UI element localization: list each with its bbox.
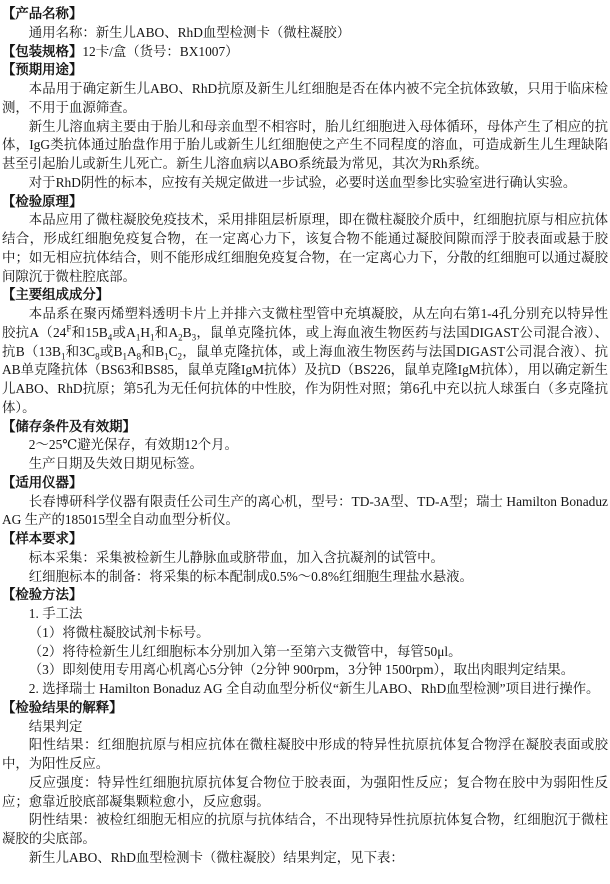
paragraph: （1）将微柱凝胶试剂卡标号。 [2, 624, 608, 643]
paragraph: 新生儿溶血病主要由于胎儿和母亲血型不相容时，胎儿红细胞进入母体循环，母体产生了相… [2, 118, 608, 174]
section-label: 【主要组成成分】 [2, 287, 109, 302]
document-sections: 【产品名称】通用名称：新生儿ABO、RhD血型检测卡（微柱凝胶）【包装规格】12… [2, 5, 608, 868]
section-header-result-interpretation: 【检验结果的解释】 [2, 699, 608, 718]
section-product-name: 【产品名称】通用名称：新生儿ABO、RhD血型检测卡（微柱凝胶） [2, 5, 608, 43]
package-insert-document: 【产品名称】通用名称：新生儿ABO、RhD血型检测卡（微柱凝胶）【包装规格】12… [0, 0, 610, 872]
section-label: 【样本要求】 [2, 531, 82, 546]
paragraph: 结果判定 [2, 718, 608, 737]
section-header-storage-validity: 【储存条件及有效期】 [2, 418, 608, 437]
paragraph: （3）即刻使用专用离心机离心5分钟（2分钟 900rpm，3分钟 1500rpm… [2, 661, 608, 680]
section-main-components: 【主要组成成分】本品系在聚丙烯塑料透明卡片上并排六支微柱型管中充填凝胶，从左向右… [2, 286, 608, 417]
section-header-product-name: 【产品名称】 [2, 5, 608, 24]
paragraph: 对于RhD阴性的标本，应按有关规定做进一步试验，必要时送血型参比实验室进行确认实… [2, 174, 608, 193]
section-inline-text: 12卡/盒（货号：BX1007） [82, 44, 238, 59]
section-label: 【包装规格】 [2, 44, 82, 59]
section-header-intended-use: 【预期用途】 [2, 61, 608, 80]
paragraph: （2）将待检新生儿红细胞标本分别加入第一至第六支微管中，每管50μl。 [2, 643, 608, 662]
section-label: 【储存条件及有效期】 [2, 419, 136, 434]
section-label: 【适用仪器】 [2, 475, 82, 490]
section-storage-validity: 【储存条件及有效期】2～25℃避光保存，有效期12个月。生产日期及失效日期见标签… [2, 418, 608, 474]
paragraph: 反应强度：特异性红细胞抗原抗体复合物位于胶表面，为强阳性反应；复合物在胶中为弱阳… [2, 774, 608, 812]
paragraph: 2. 选择瑞士 Hamilton Bonaduz AG 全自动血型分析仪“新生儿… [2, 680, 608, 699]
paragraph: 阴性结果：被检红细胞无相应的抗原与抗体结合，不出现特异性抗原抗体复合物，红细胞沉… [2, 811, 608, 849]
section-test-principle: 【检验原理】本品应用了微柱凝胶免疫技术，采用排阻层析原理，即在微柱凝胶介质中，红… [2, 193, 608, 287]
section-label: 【检验结果的解释】 [2, 700, 123, 715]
paragraph: 长春博研科学仪器有限责任公司生产的离心机，型号：TD-3A型、TD-A型；瑞士 … [2, 493, 608, 531]
paragraph: 阳性结果：红细胞抗原与相应抗体在微柱凝胶中形成的特异性抗原抗体复合物浮在凝胶表面… [2, 736, 608, 774]
paragraph: 本品系在聚丙烯塑料透明卡片上并排六支微柱型管中充填凝胶，从左向右第1-4孔分别充… [2, 305, 608, 418]
section-sample-requirements: 【样本要求】标本采集：采集被检新生儿静脉血或脐带血，加入含抗凝剂的试管中。红细胞… [2, 530, 608, 586]
paragraph: 2～25℃避光保存，有效期12个月。 [2, 436, 608, 455]
section-result-interpretation: 【检验结果的解释】结果判定阳性结果：红细胞抗原与相应抗体在微柱凝胶中形成的特异性… [2, 699, 608, 868]
section-label: 【预期用途】 [2, 62, 82, 77]
paragraph: 通用名称：新生儿ABO、RhD血型检测卡（微柱凝胶） [2, 24, 608, 43]
section-intended-use: 【预期用途】本品用于确定新生儿ABO、RhD抗原及新生儿红细胞是否在体内被不完全… [2, 61, 608, 192]
section-label: 【检验方法】 [2, 587, 82, 602]
section-test-method: 【检验方法】1. 手工法（1）将微柱凝胶试剂卡标号。（2）将待检新生儿红细胞标本… [2, 586, 608, 699]
section-package-spec: 【包装规格】12卡/盒（货号：BX1007） [2, 43, 608, 62]
section-header-package-spec: 【包装规格】12卡/盒（货号：BX1007） [2, 43, 608, 62]
section-label: 【产品名称】 [2, 6, 82, 21]
section-label: 【检验原理】 [2, 194, 82, 209]
paragraph: 新生儿ABO、RhD血型检测卡（微柱凝胶）结果判定，见下表： [2, 849, 608, 868]
section-header-test-principle: 【检验原理】 [2, 193, 608, 212]
paragraph: 本品用于确定新生儿ABO、RhD抗原及新生儿红细胞是否在体内被不完全抗体致敏，只… [2, 80, 608, 118]
paragraph: 红细胞标本的制备：将采集的标本配制成0.5%～0.8%红细胞生理盐水悬液。 [2, 568, 608, 587]
paragraph: 1. 手工法 [2, 605, 608, 624]
section-header-test-method: 【检验方法】 [2, 586, 608, 605]
paragraph: 本品应用了微柱凝胶免疫技术，采用排阻层析原理，即在微柱凝胶介质中，红细胞抗原与相… [2, 211, 608, 286]
section-header-main-components: 【主要组成成分】 [2, 286, 608, 305]
section-applicable-instruments: 【适用仪器】长春博研科学仪器有限责任公司生产的离心机，型号：TD-3A型、TD-… [2, 474, 608, 530]
section-header-applicable-instruments: 【适用仪器】 [2, 474, 608, 493]
paragraph: 生产日期及失效日期见标签。 [2, 455, 608, 474]
section-header-sample-requirements: 【样本要求】 [2, 530, 608, 549]
paragraph: 标本采集：采集被检新生儿静脉血或脐带血，加入含抗凝剂的试管中。 [2, 549, 608, 568]
